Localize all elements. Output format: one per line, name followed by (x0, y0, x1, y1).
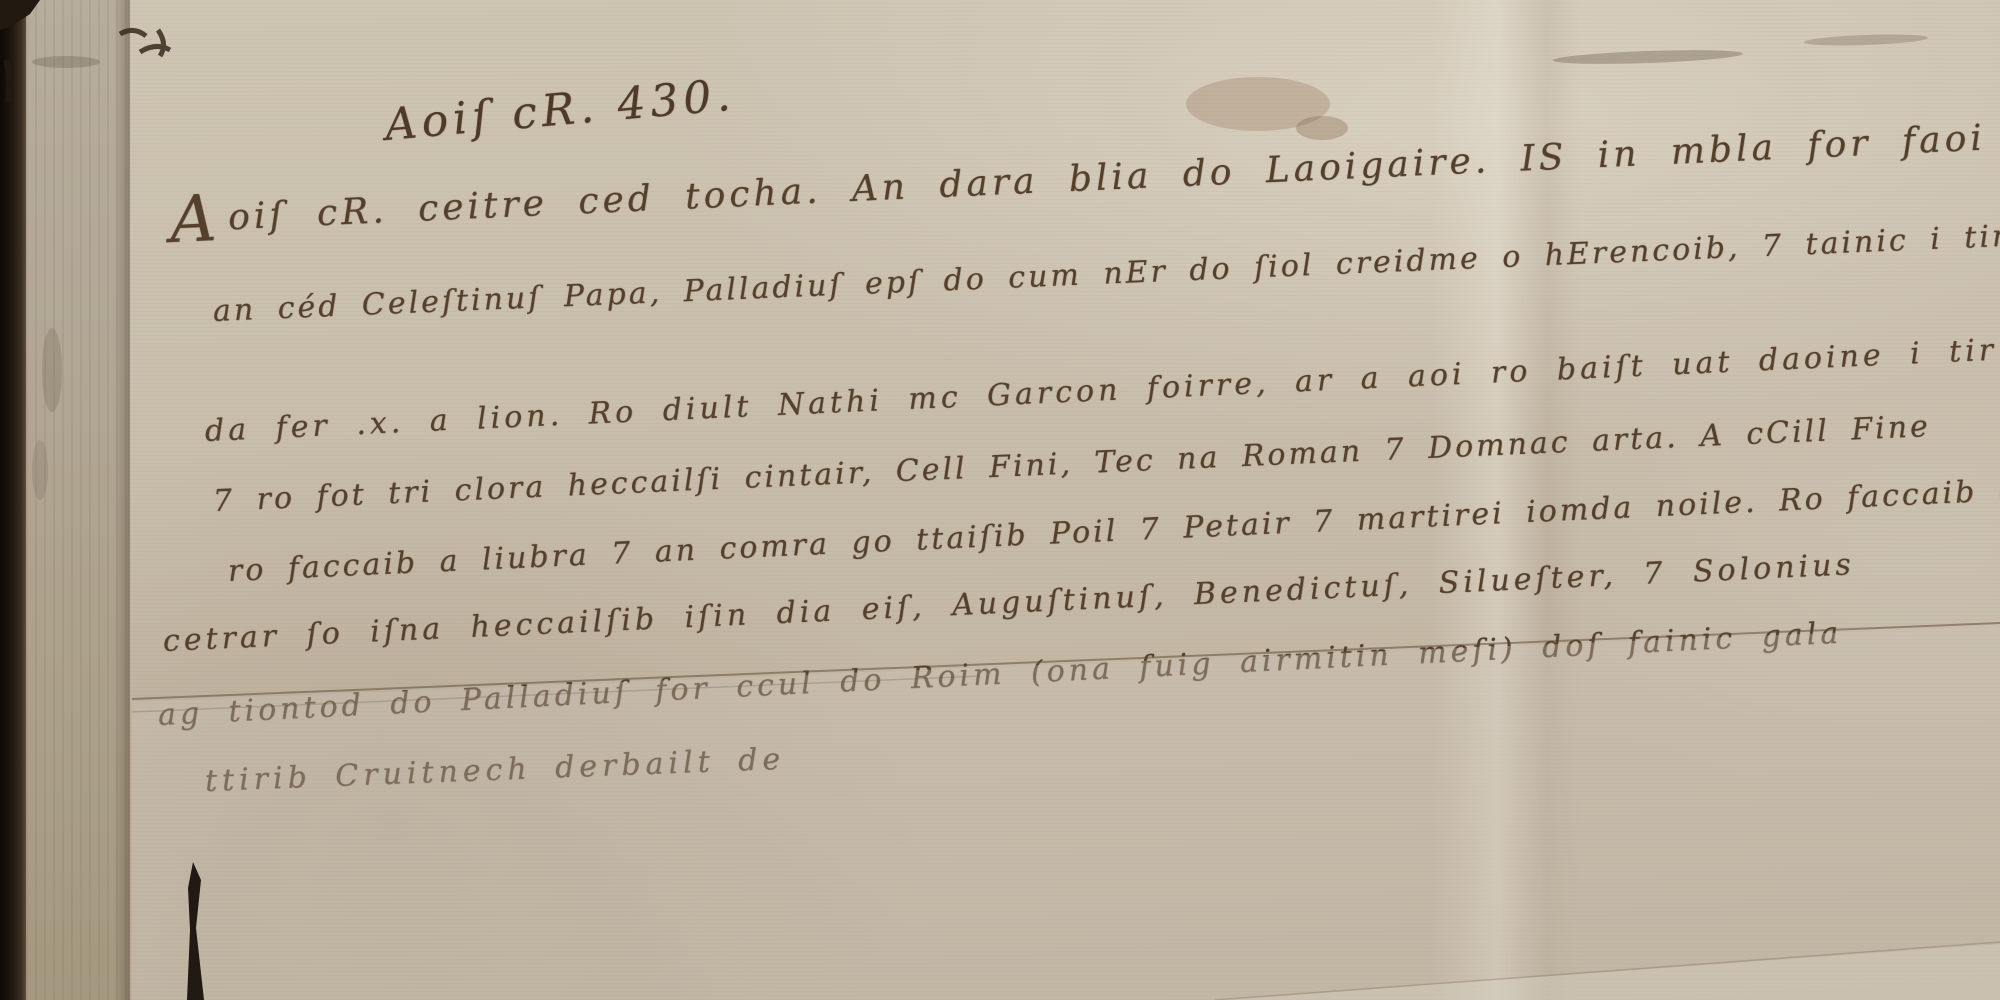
initial-capital: A (168, 182, 220, 258)
manuscript-photo: Aoiſ cR. 430. Aoiſ cR. ceitre ced tocha.… (0, 0, 2000, 1000)
book-spine-shadow (0, 0, 26, 1000)
